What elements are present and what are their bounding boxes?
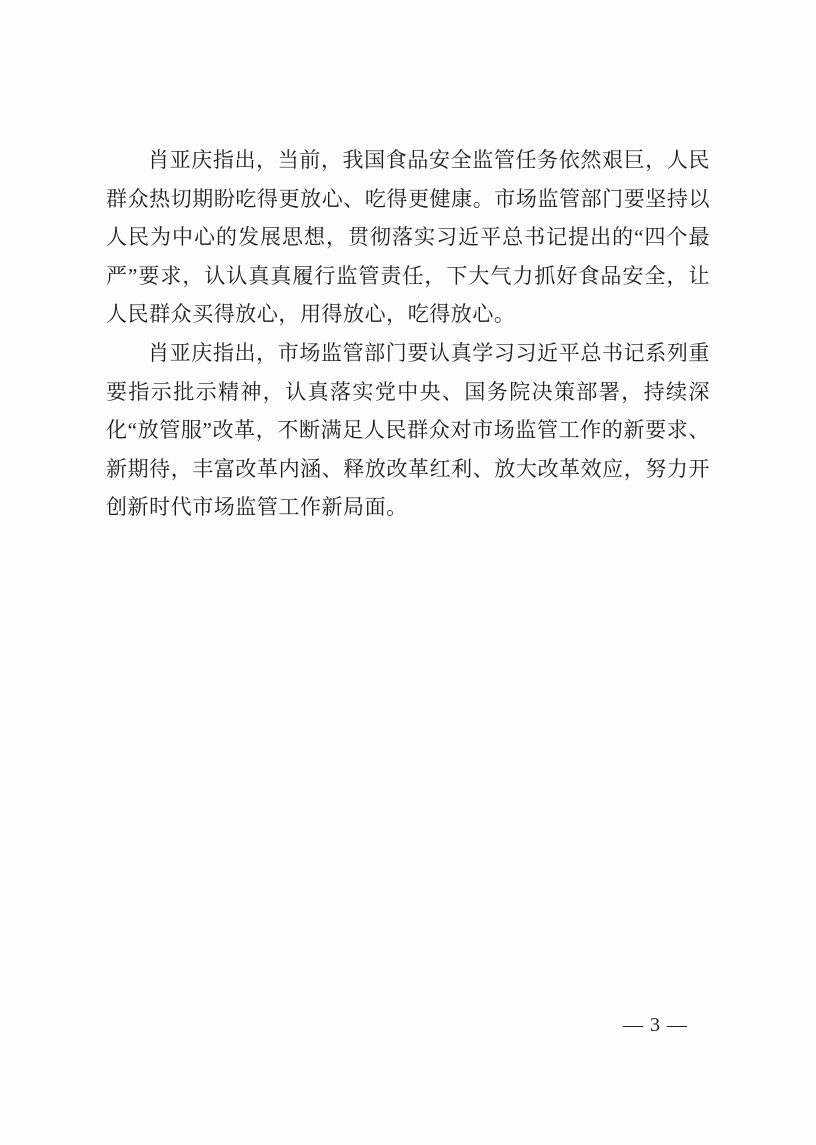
document-page: { "document": { "paragraphs": [ "肖亚庆指出，当… <box>0 0 816 1145</box>
paragraph-2: 肖亚庆指出，市场监管部门要认真学习习近平总书记系列重要指示批示精神，认真落实党中… <box>106 334 710 527</box>
page-number: — 3 — <box>623 1014 688 1037</box>
paragraph-1: 肖亚庆指出，当前，我国食品安全监管任务依然艰巨，人民群众热切期盼吃得更放心、吃得… <box>106 141 710 334</box>
document-body: 肖亚庆指出，当前，我国食品安全监管任务依然艰巨，人民群众热切期盼吃得更放心、吃得… <box>106 141 710 527</box>
page: 肖亚庆指出，当前，我国食品安全监管任务依然艰巨，人民群众热切期盼吃得更放心、吃得… <box>0 0 816 1145</box>
